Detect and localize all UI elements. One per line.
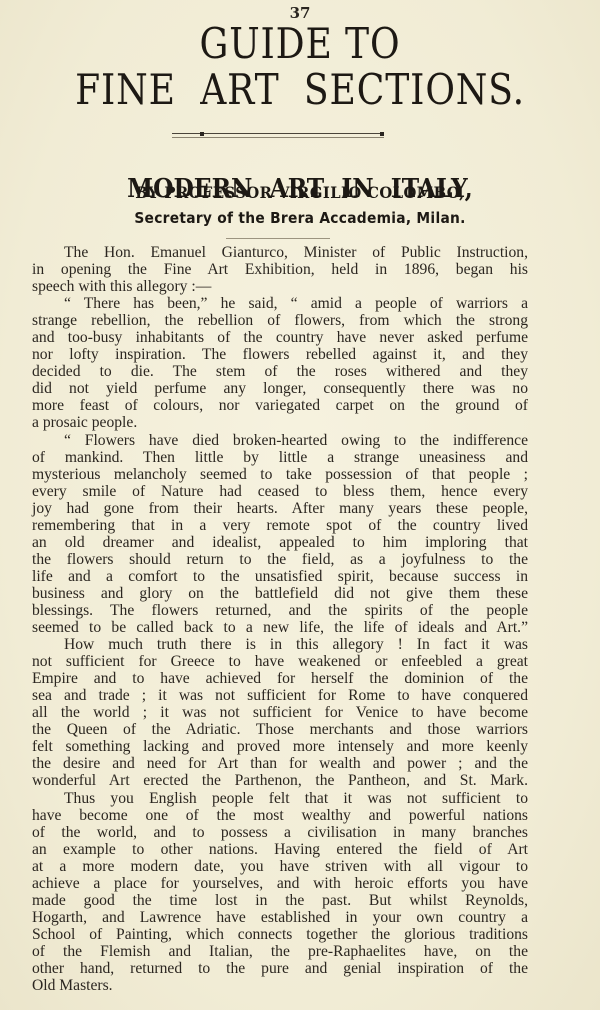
main-title-line-1: GUIDE TO	[42, 20, 558, 68]
author-affiliation: Secretary of the Brera Accademia, Milan.	[24, 209, 576, 227]
body-text-line: of mankind. Then little by little a stra…	[32, 449, 528, 466]
body-text-line: seemed to be called back to a new life, …	[32, 619, 528, 636]
body-text-line: a prosaic people.	[32, 414, 528, 431]
body-text-line: and too-busy inhabitants of the country …	[32, 329, 528, 346]
body-text-line: remembering that in a very remote spot o…	[32, 517, 528, 534]
body-text-line: sea and trade ; it was not sufficient fo…	[32, 687, 528, 704]
body-text-line: every smile of Nature had ceased to bles…	[32, 483, 528, 500]
body-text-line: Thus you English people felt that it was…	[32, 790, 528, 807]
body-text-line: business and glory on the battlefield di…	[32, 585, 528, 602]
body-text-line: at a more modern date, you have striven …	[32, 858, 528, 875]
document-page: 37 GUIDE TO FINE ART SECTIONS. MODERN AR…	[0, 0, 600, 1010]
body-text-line: How much truth there is in this allegory…	[32, 636, 528, 653]
body-text-line: nor lofty inspiration. The flowers rebel…	[32, 346, 528, 363]
body-text-line: an example to other nations. Having ente…	[32, 841, 528, 858]
ornamental-rule	[172, 133, 384, 138]
body-text-line: The Hon. Emanuel Gianturco, Minister of …	[32, 244, 528, 261]
body-text-line: other hand, returned to the pure and gen…	[32, 960, 528, 977]
main-title-line-2: FINE ART SECTIONS.	[42, 66, 558, 114]
body-text-line: joy had gone from their hearts. After ma…	[32, 500, 528, 517]
body-text-line: blessings. The flowers returned, and the…	[32, 602, 528, 619]
body-text-line: School of Painting, which connects toget…	[32, 926, 528, 943]
body-text-line: strange rebellion, the rebellion of flow…	[32, 312, 528, 329]
body-text-line: not sufficient for Greece to have weaken…	[32, 653, 528, 670]
body-text-line: in opening the Fine Art Exhibition, held…	[32, 261, 528, 278]
body-text-line: mysterious melancholy seemed to take pos…	[32, 466, 528, 483]
author-byline: BY PROFESSOR VIRGILIO COLOMBO,	[24, 183, 576, 202]
body-text-line: did not yield perfume any longer, conseq…	[32, 380, 528, 397]
body-text-line: “ Flowers have died broken-hearted owing…	[32, 432, 528, 449]
body-text-line: the desire and need for Art than for wea…	[32, 755, 528, 772]
body-text-line: the Queen of the Adriatic. Those merchan…	[32, 721, 528, 738]
body-text-line: the flowers should return to the field, …	[32, 551, 528, 568]
body-text-line: have become one of the most wealthy and …	[32, 807, 528, 824]
body-text-line: Hogarth, and Lawrence have established i…	[32, 909, 528, 926]
body-text-line: of the Flemish and Italian, the pre-Raph…	[32, 943, 528, 960]
body-text-line: Old Masters.	[32, 977, 528, 994]
body-text-line: Empire and to have achieved for herself …	[32, 670, 528, 687]
body-text-line: achieve a place for yourselves, and with…	[32, 875, 528, 892]
body-text-line: decided to die. The stem of the roses wi…	[32, 363, 528, 380]
body-text-line: felt something lacking and proved more i…	[32, 738, 528, 755]
section-divider	[226, 238, 330, 239]
body-text-line: of the world, and to possess a civilisat…	[32, 824, 528, 841]
body-text-line: life and a comfort to the unsatisfied sp…	[32, 568, 528, 585]
body-text-line: all the world ; it was not sufficient fo…	[32, 704, 528, 721]
body-text-line: “ There has been,” he said, “ amid a peo…	[32, 295, 528, 312]
body-text-line: an old dreamer and idealist, appealed to…	[32, 534, 528, 551]
body-text-line: speech with this allegory :—	[32, 278, 528, 295]
body-text-line: made good the time lost in the past. But…	[32, 892, 528, 909]
article-body: The Hon. Emanuel Gianturco, Minister of …	[32, 244, 528, 994]
body-text-line: wonderful Art erected the Parthenon, the…	[32, 772, 528, 789]
body-text-line: more feast of colours, nor variegated ca…	[32, 397, 528, 414]
